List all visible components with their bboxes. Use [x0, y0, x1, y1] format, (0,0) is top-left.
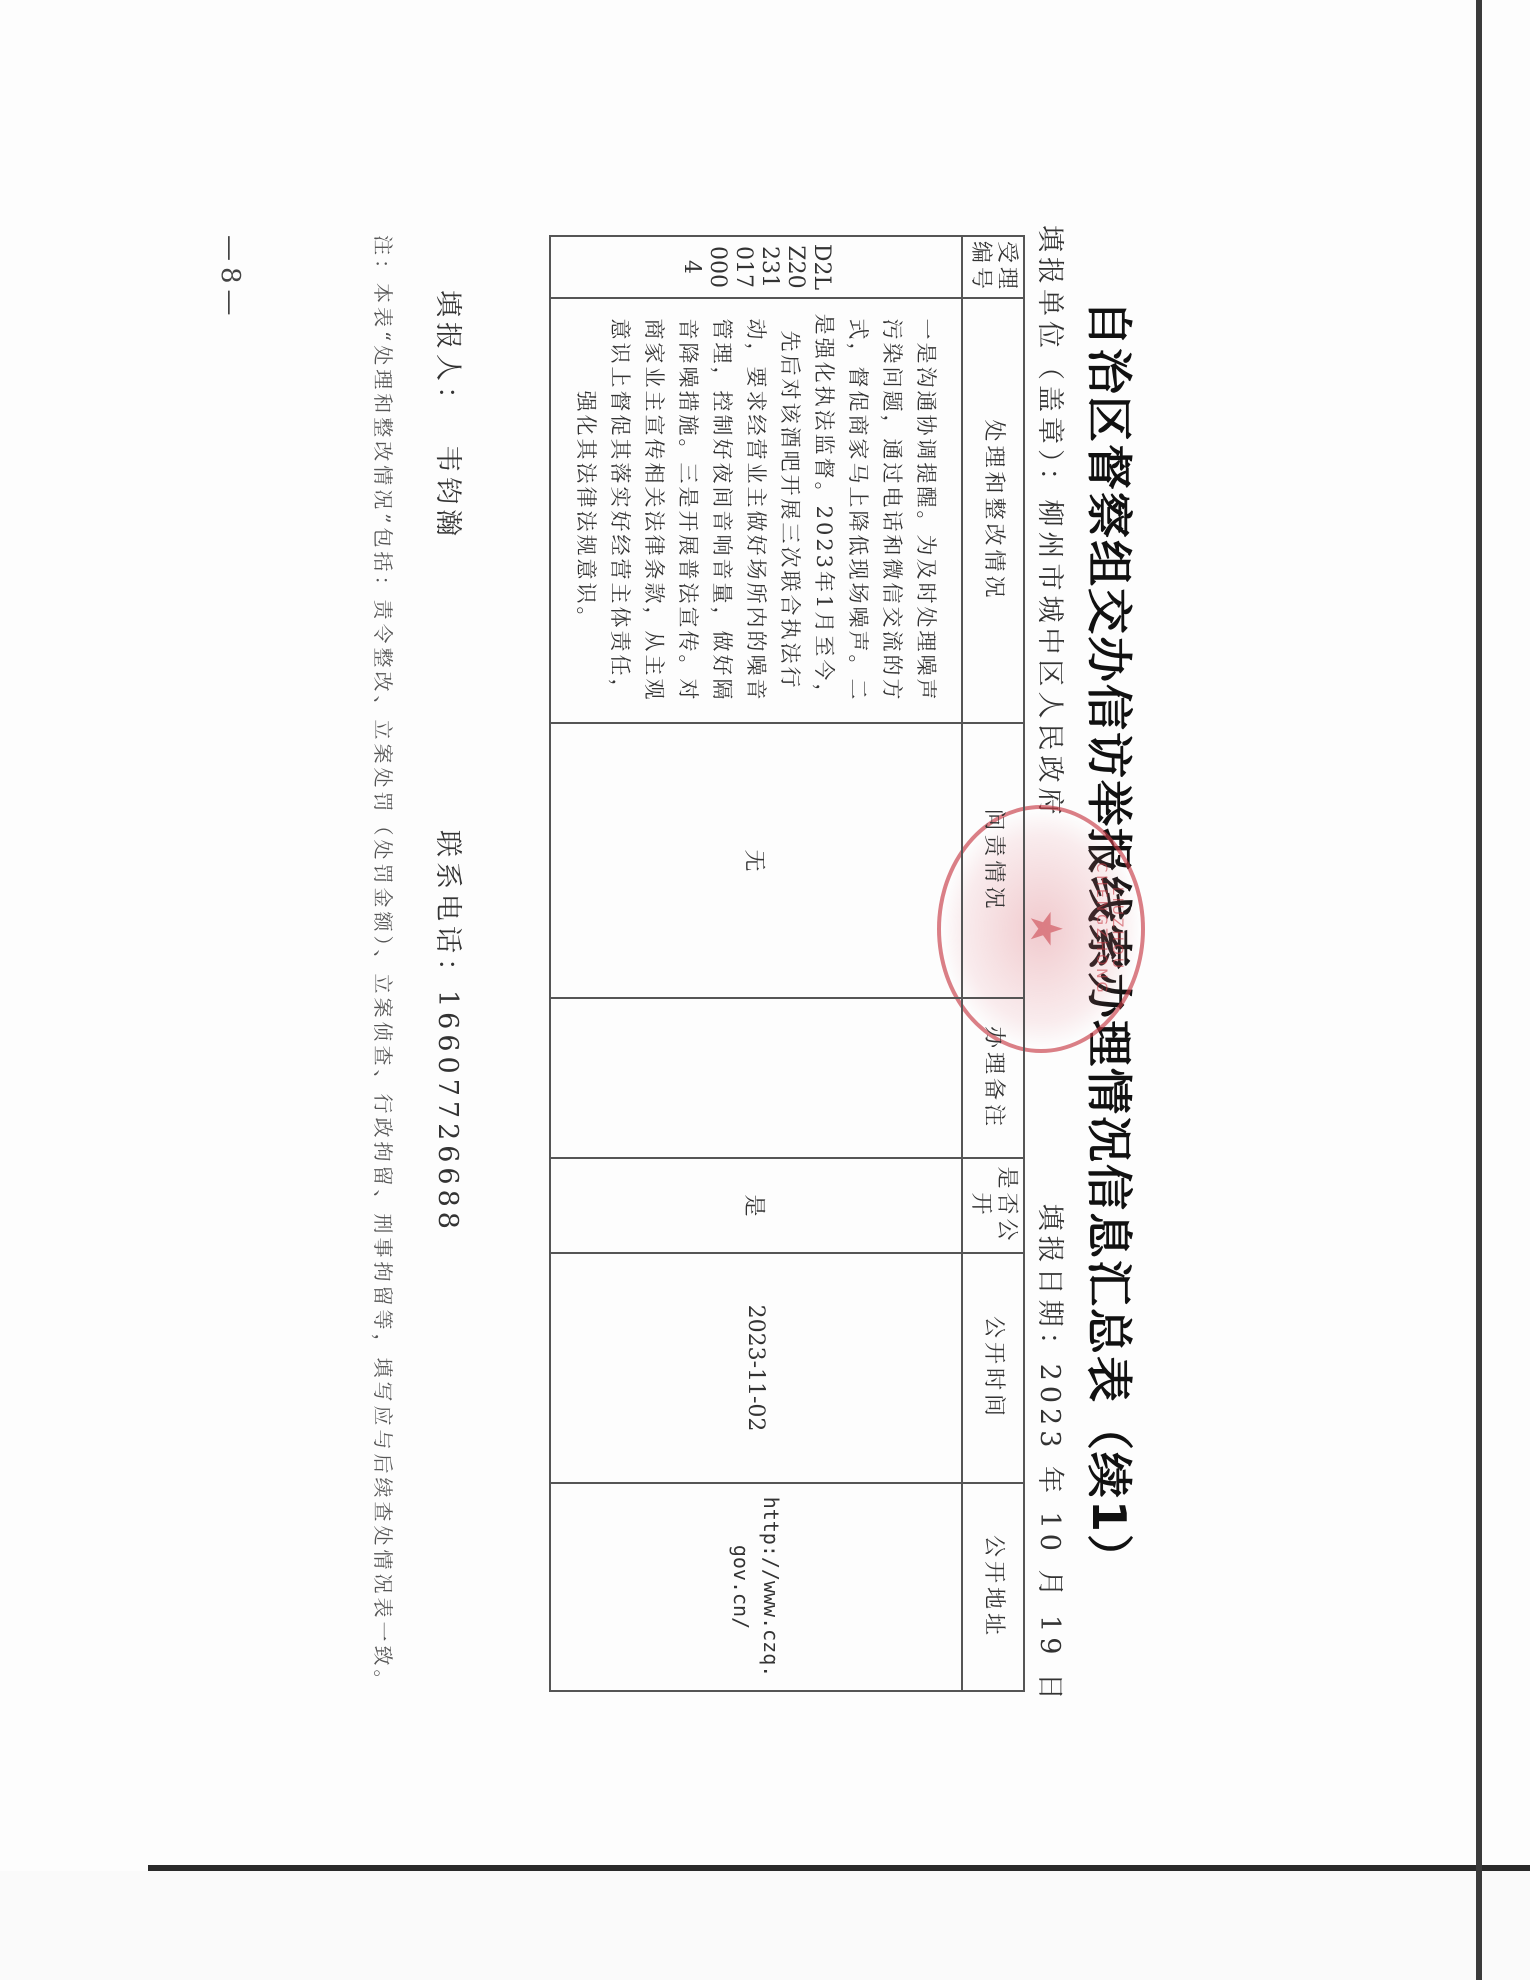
phone-label: 联系电话：: [432, 830, 463, 990]
summary-table: 受理编号 处理和整改情况 问责情况 办理备注 是否公开 公开时间 公开地址 D2…: [549, 235, 1025, 1692]
footnote: 注：本表“处理和整改情况”包括：责令整改、立案处罚（处罚金额）、立案侦查、行政拘…: [366, 235, 400, 1695]
table-header-row: 受理编号 处理和整改情况 问责情况 办理备注 是否公开 公开时间 公开地址: [962, 236, 1024, 1691]
contact-phone: 联系电话：16607726688: [431, 830, 470, 1234]
report-date-label: 填报日期：: [1034, 1204, 1065, 1364]
reporter: 填报人： 韦钧瀚: [431, 290, 470, 541]
cell-case-id: D2LZ20231017000 4: [550, 236, 962, 298]
cell-public: 是: [550, 1158, 962, 1253]
reporting-unit-label: 填报单位（盖章）：: [1034, 225, 1065, 500]
cell-public-url[interactable]: http://www.czq.gov.cn/: [550, 1483, 962, 1691]
header-public-date: 公开时间: [962, 1253, 1024, 1483]
cell-remarks: [550, 998, 962, 1158]
cell-accountability: 无: [550, 723, 962, 998]
report-date: 填报日期：2023 年 10 月 19 日: [1033, 1204, 1072, 1705]
header-case-id: 受理编号: [962, 236, 1024, 298]
reporting-unit-value: 柳州市城中区人民政府: [1034, 500, 1065, 820]
header-public-url: 公开地址: [962, 1483, 1024, 1691]
reporter-label: 填报人：: [432, 290, 463, 418]
reporting-unit: 填报单位（盖章）：柳州市城中区人民政府: [1033, 225, 1072, 820]
cell-public-date: 2023-11-02: [550, 1253, 962, 1483]
header-public: 是否公开: [962, 1158, 1024, 1253]
table-row: D2LZ20231017000 4 一是沟通协调提醒。为及时处理噪声污染问题，通…: [550, 236, 962, 1691]
report-date-value: 2023 年 10 月 19 日: [1034, 1364, 1065, 1705]
page-number: —8—: [215, 235, 245, 322]
seal-text: LIUZHOU CHENGZHONG: [1093, 829, 1125, 1029]
document-title: 自治区督察组交办信访举报线索办理情况信息汇总表（续1）: [1079, 300, 1145, 1900]
cell-handling: 一是沟通协调提醒。为及时处理噪声污染问题，通过电话和微信交流的方式，督促商家马上…: [550, 298, 962, 723]
header-accountability: 问责情况: [962, 723, 1024, 998]
star-icon: ★: [1020, 909, 1071, 948]
header-handling: 处理和整改情况: [962, 298, 1024, 723]
header-remarks: 办理备注: [962, 998, 1024, 1158]
document-page: 自治区督察组交办信访举报线索办理情况信息汇总表（续1） 填报单位（盖章）：柳州市…: [0, 0, 1530, 1980]
reporter-name: 韦钧瀚: [432, 445, 463, 541]
phone-value: 16607726688: [432, 990, 463, 1234]
